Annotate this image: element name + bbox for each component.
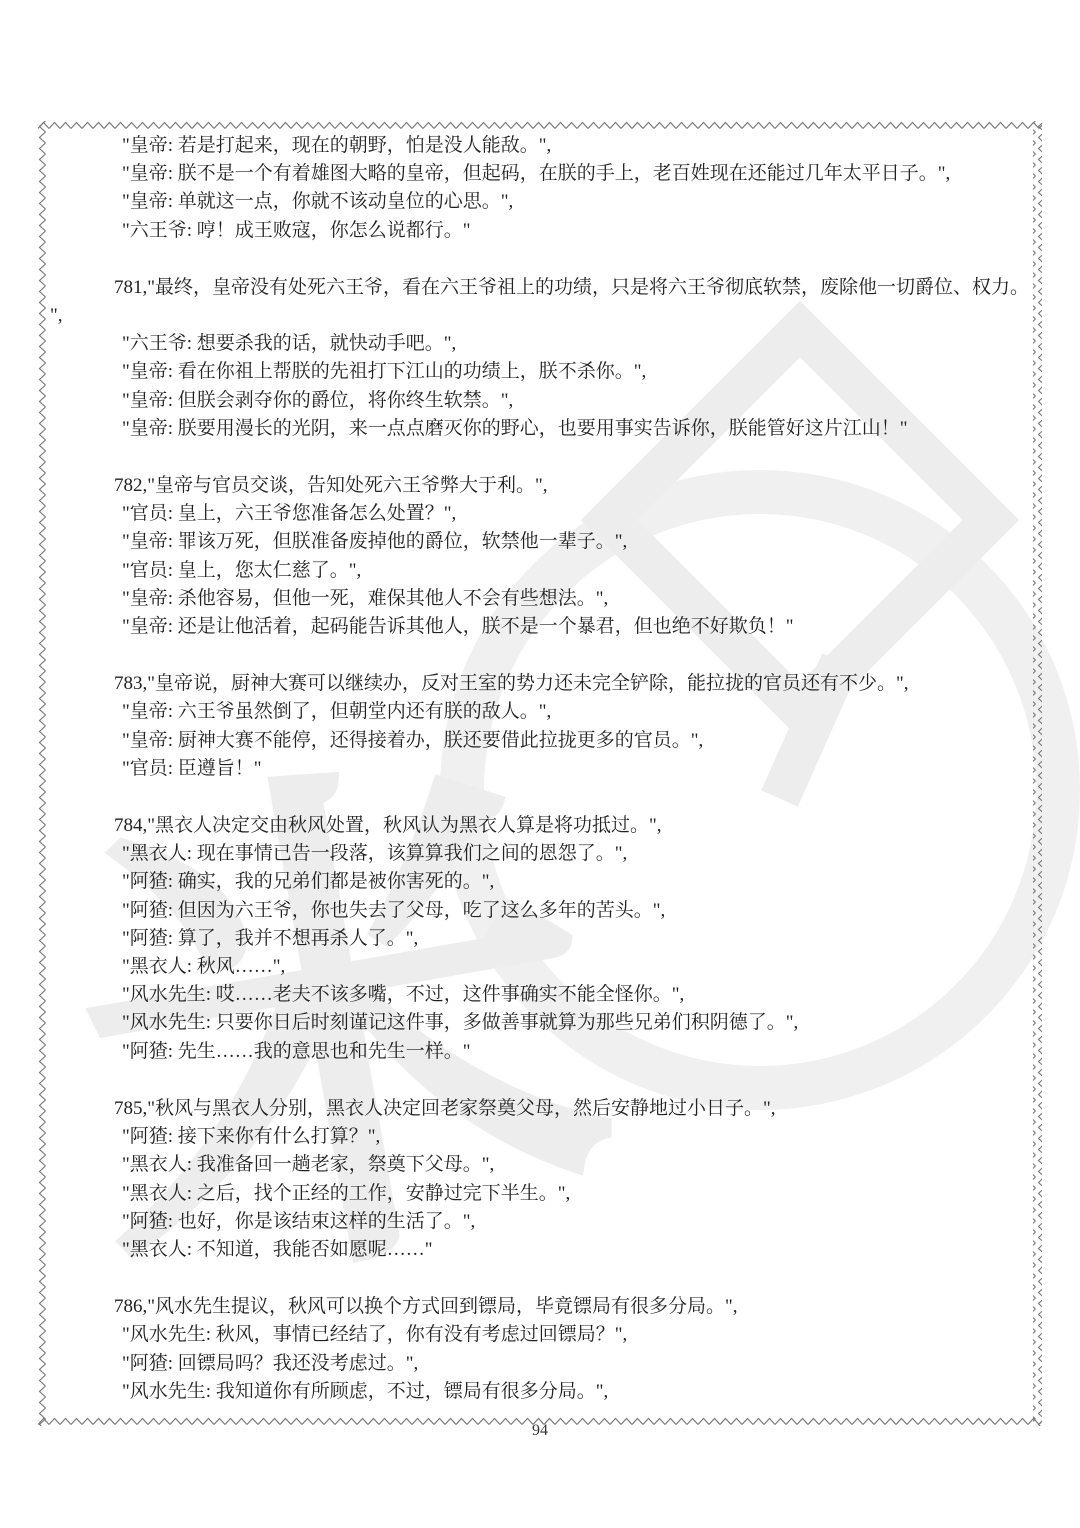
script-line: "风水先生: 我知道你有所顾虑，不过，镖局有很多分局。", — [50, 1378, 1042, 1406]
script-line: "黑衣人: 之后，找个正经的工作，安静过完下半生。", — [50, 1180, 1042, 1208]
script-line: "黑衣人: 我准备回一趟老家，祭奠下父母。", — [50, 1151, 1042, 1179]
script-line: "官员: 臣遵旨！" — [50, 755, 1042, 783]
entry-line: 783,"皇帝说，厨神大赛可以继续办，反对王室的势力还未完全铲除，能拉拢的官员还… — [50, 670, 1042, 698]
script-block-784: 784,"黑衣人决定交由秋风处置，秋风认为黑衣人算是将功抵过。", "黑衣人: … — [50, 812, 1042, 1066]
script-line: "风水先生: 秋风，事情已经结了，你有没有考虑过回镖局？", — [50, 1321, 1042, 1349]
border-left — [38, 121, 47, 1426]
script-line: "皇帝: 看在你祖上帮朕的先祖打下江山的功绩上，朕不杀你。", — [50, 358, 1042, 386]
script-line: "阿猹: 但因为六王爷，你也失去了父母，吃了这么多年的苦头。", — [50, 897, 1042, 925]
script-line: "黑衣人: 现在事情已告一段落，该算算我们之间的恩怨了。", — [50, 840, 1042, 868]
entry-line: 782,"皇帝与官员交谈，告知处死六王爷弊大于利。", — [50, 472, 1042, 500]
script-text: "皇帝: 若是打起来，现在的朝野，怕是没人能敌。", "皇帝: 朕不是一个有着雄… — [50, 132, 1042, 1406]
script-line: "官员: 皇上，六王爷您准备怎么处置？", — [50, 500, 1042, 528]
script-block-780-tail: "皇帝: 若是打起来，现在的朝野，怕是没人能敌。", "皇帝: 朕不是一个有着雄… — [50, 132, 1042, 245]
border-top — [38, 121, 1042, 130]
entry-line: 784,"黑衣人决定交由秋风处置，秋风认为黑衣人算是将功抵过。", — [50, 812, 1042, 840]
script-line: "阿猹: 确实，我的兄弟们都是被你害死的。", — [50, 868, 1042, 896]
document-page: 米 "皇帝: 若是打起来，现在的朝野，怕是没人能敌。", "皇帝: 朕不是一个有… — [0, 0, 1080, 1528]
script-line: "风水先生: 哎……老夫不该多嘴，不过，这件事确实不能全怪你。", — [50, 981, 1042, 1009]
script-line: "皇帝: 朕不是一个有着雄图大略的皇帝，但起码，在朕的手上，老百姓现在还能过几年… — [50, 160, 1042, 188]
entry-line: 785,"秋风与黑衣人分别，黑衣人决定回老家祭奠父母，然后安静地过小日子。", — [50, 1095, 1042, 1123]
script-line: "黑衣人: 秋风……", — [50, 953, 1042, 981]
script-block-786: 786,"风水先生提议，秋风可以换个方式回到镖局，毕竟镖局有很多分局。", "风… — [50, 1293, 1042, 1406]
script-line: "六王爷: 想要杀我的话，就快动手吧。", — [50, 330, 1042, 358]
script-line: "皇帝: 六王爷虽然倒了，但朝堂内还有朕的敌人。", — [50, 698, 1042, 726]
script-line: "皇帝: 单就这一点，你就不该动皇位的心思。", — [50, 188, 1042, 216]
script-line: "官员: 皇上，您太仁慈了。", — [50, 557, 1042, 585]
entry-line: 786,"风水先生提议，秋风可以换个方式回到镖局，毕竟镖局有很多分局。", — [50, 1293, 1042, 1321]
script-line: "皇帝: 若是打起来，现在的朝野，怕是没人能敌。", — [50, 132, 1042, 160]
script-line: "皇帝: 还是让他活着，起码能告诉其他人，朕不是一个暴君，但也绝不好欺负！" — [50, 613, 1042, 641]
script-line: "阿猹: 也好，你是该结束这样的生活了。", — [50, 1208, 1042, 1236]
script-block-783: 783,"皇帝说，厨神大赛可以继续办，反对王室的势力还未完全铲除，能拉拢的官员还… — [50, 670, 1042, 783]
script-line: "阿猹: 回镖局吗？我还没考虑过。", — [50, 1350, 1042, 1378]
entry-line-continuation: ", — [50, 302, 1042, 330]
script-line: "风水先生: 只要你日后时刻谨记这件事，多做善事就算为那些兄弟们积阴德了。", — [50, 1009, 1042, 1037]
script-line: "皇帝: 但朕会剥夺你的爵位，将你终生软禁。", — [50, 387, 1042, 415]
script-line: "皇帝: 厨神大赛不能停，还得接着办，朕还要借此拉拢更多的官员。", — [50, 727, 1042, 755]
entry-line: 781,"最终，皇帝没有处死六王爷，看在六王爷祖上的功绩，只是将六王爷彻底软禁，… — [50, 274, 1042, 302]
script-block-782: 782,"皇帝与官员交谈，告知处死六王爷弊大于利。", "官员: 皇上，六王爷您… — [50, 472, 1042, 641]
script-line: "黑衣人: 不知道，我能否如愿呢……" — [50, 1236, 1042, 1264]
script-block-785: 785,"秋风与黑衣人分别，黑衣人决定回老家祭奠父母，然后安静地过小日子。", … — [50, 1095, 1042, 1264]
script-block-781: 781,"最终，皇帝没有处死六王爷，看在六王爷祖上的功绩，只是将六王爷彻底软禁，… — [50, 274, 1042, 443]
script-line: "皇帝: 杀他容易，但他一死，难保其他人不会有些想法。", — [50, 585, 1042, 613]
script-line: "皇帝: 罪该万死，但朕准备废掉他的爵位，软禁他一辈子。", — [50, 528, 1042, 556]
page-number: 94 — [490, 1422, 590, 1440]
script-line: "阿猹: 接下来你有什么打算？", — [50, 1123, 1042, 1151]
script-line: "阿猹: 算了，我并不想再杀人了。", — [50, 925, 1042, 953]
script-line: "六王爷: 哼！成王败寇，你怎么说都行。" — [50, 217, 1042, 245]
script-line: "皇帝: 朕要用漫长的光阴，来一点点磨灭你的野心，也要用事实告诉你，朕能管好这片… — [50, 415, 1042, 443]
script-line: "阿猹: 先生……我的意思也和先生一样。" — [50, 1038, 1042, 1066]
